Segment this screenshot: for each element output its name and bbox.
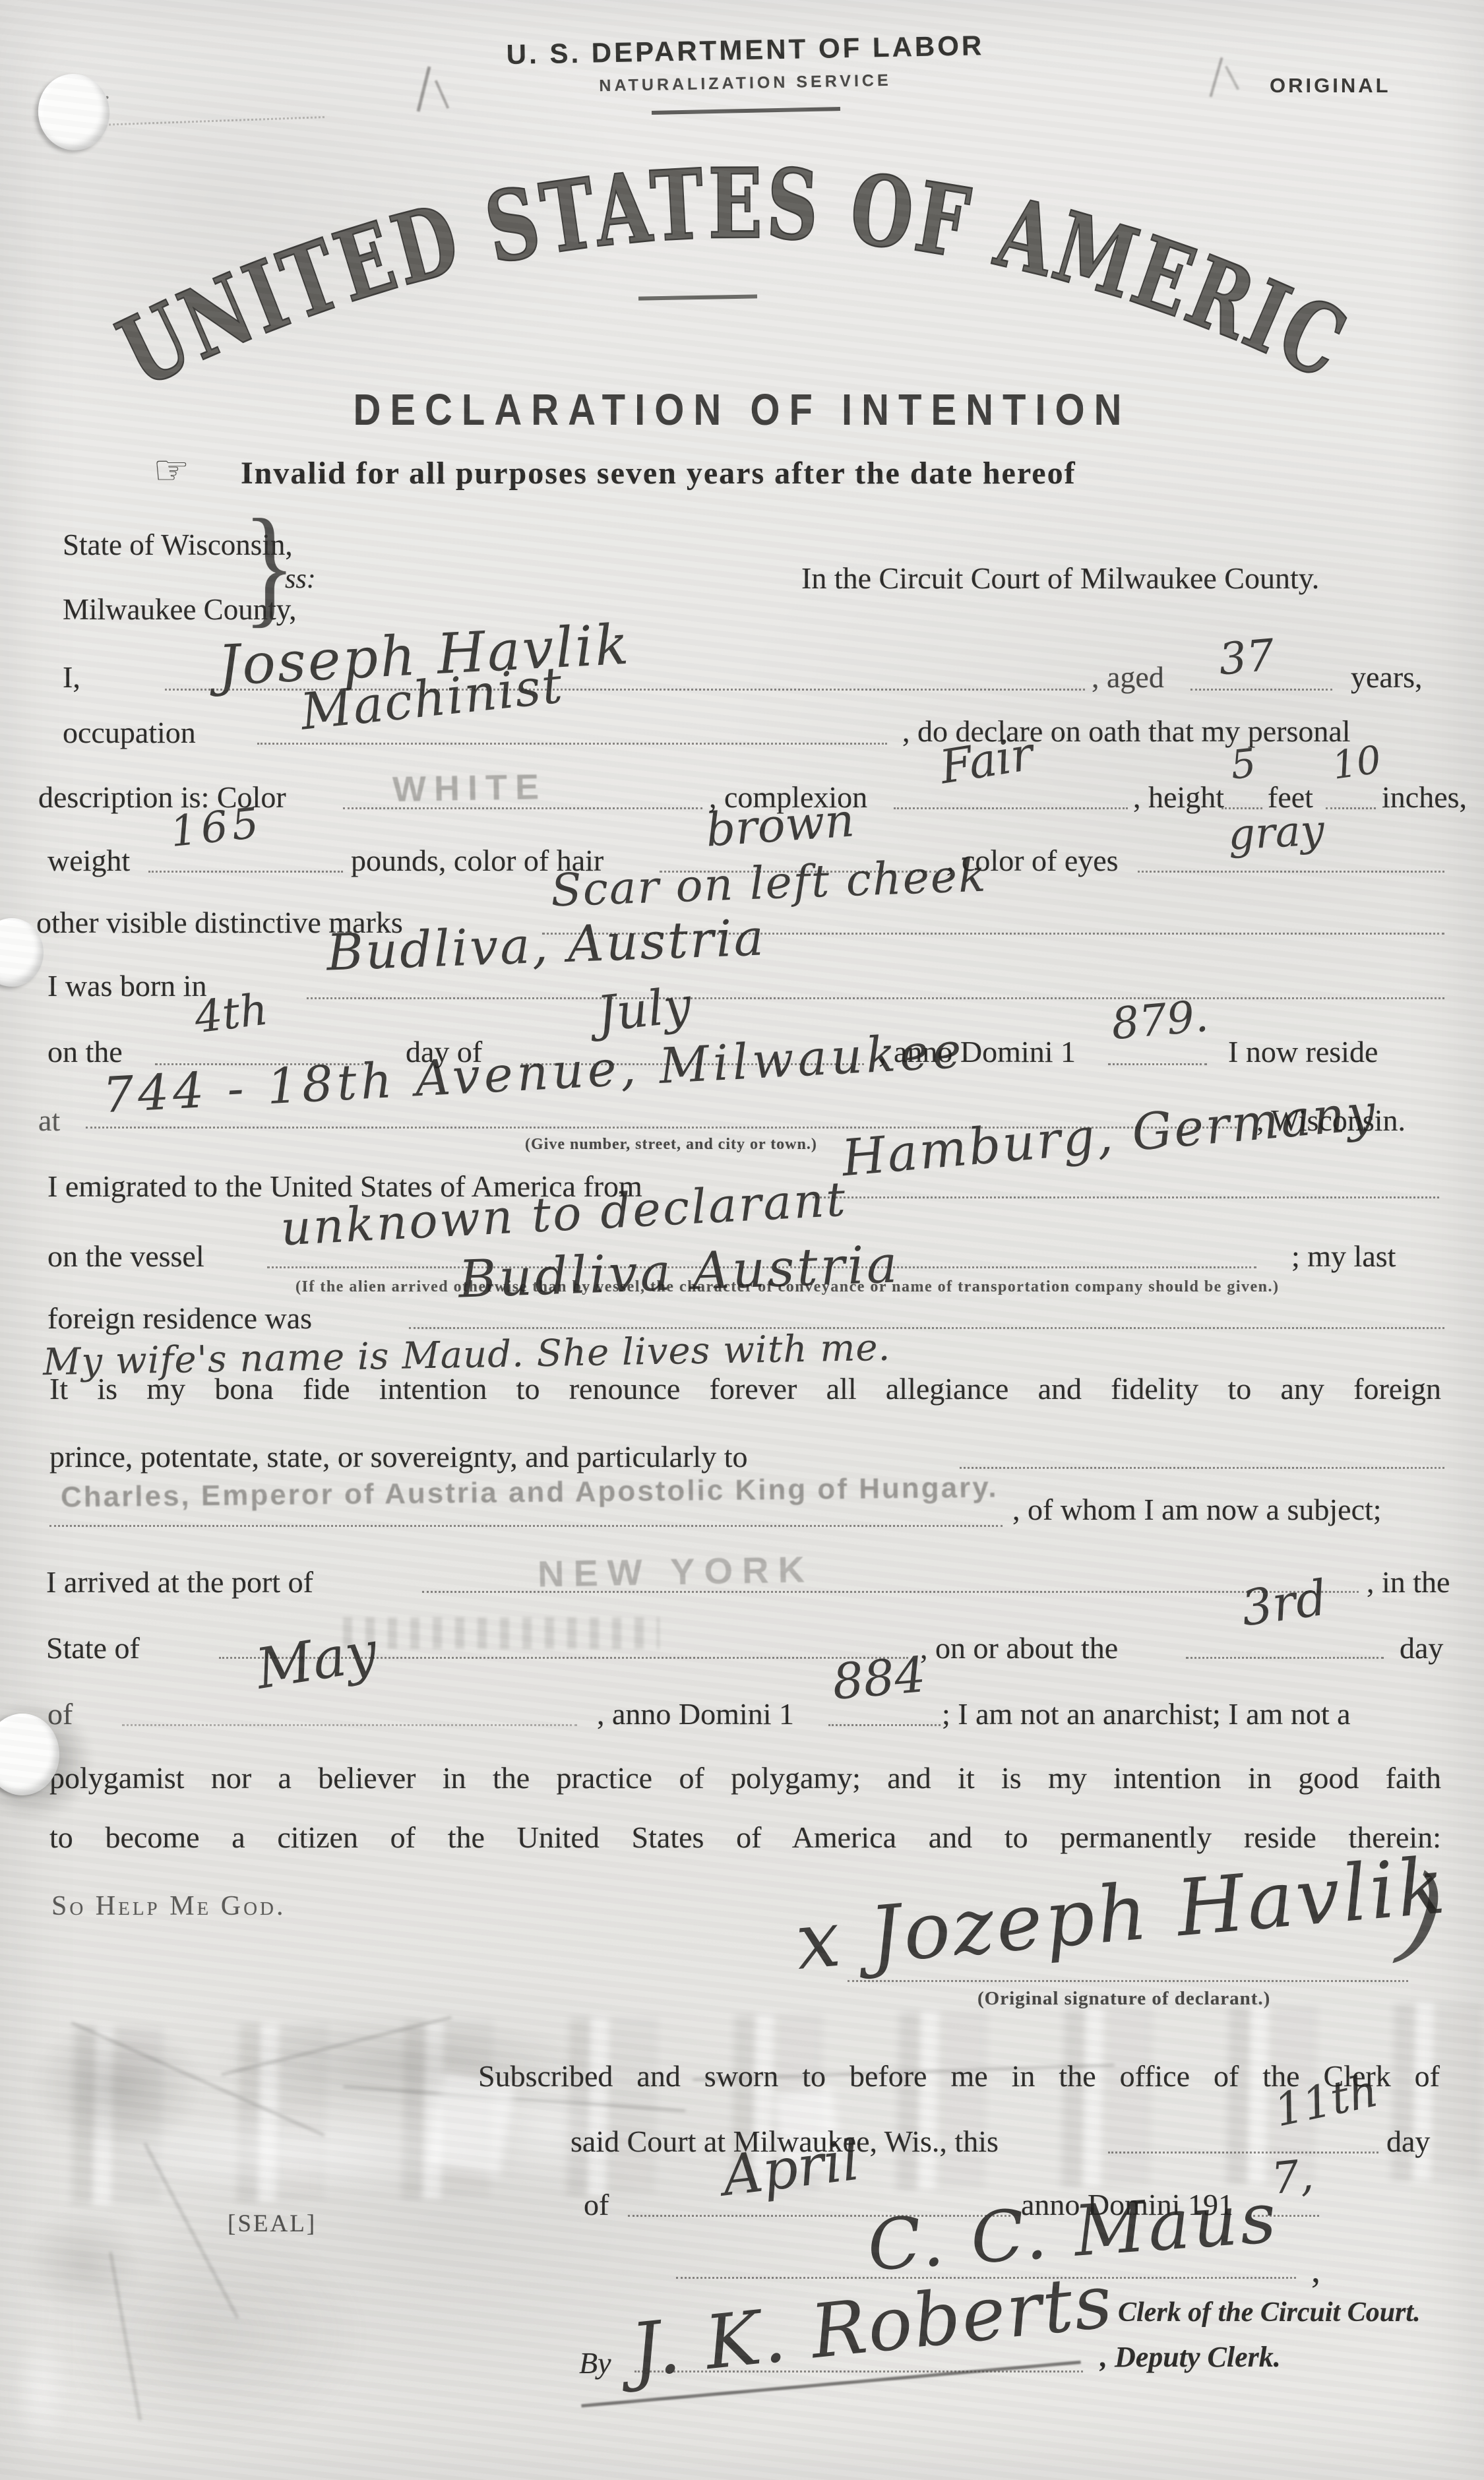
fill-line	[894, 807, 1128, 809]
fill-line	[409, 1327, 1444, 1329]
fill-line	[960, 1467, 1444, 1469]
fill-line	[1108, 2152, 1378, 2154]
field-residence-value: Budliva Austria	[458, 1235, 901, 1309]
label-reside: I now reside	[1228, 1034, 1378, 1069]
sovereign-stamp: Charles, Emperor of Austria and Apostoli…	[61, 1472, 999, 1514]
arc-title-text: UNITED STATES OF AMERICA	[0, 112, 1364, 410]
fill-line	[634, 2371, 1083, 2372]
label-stateof: State of	[46, 1630, 140, 1665]
label-inches: inches,	[1382, 780, 1467, 815]
venue-ss: ss:	[285, 563, 316, 595]
field-height-feet: 5	[1228, 740, 1258, 789]
crease-line	[71, 2022, 325, 2136]
fill-line	[1186, 1657, 1384, 1659]
fill-line	[1326, 807, 1376, 809]
fill-line	[148, 871, 343, 873]
declarant-signature: x Jozeph Havlik	[792, 1840, 1451, 1987]
fill-line	[49, 1525, 1003, 1527]
field-arrival-year: 884	[830, 1646, 928, 1711]
fill-line	[307, 997, 1444, 999]
crease-line	[144, 2143, 239, 2319]
label-onorabout: , on or about the	[920, 1630, 1118, 1665]
field-port-stamp: NEW YORK	[537, 1547, 814, 1595]
field-birth-year: 879.	[1109, 991, 1210, 1050]
scanned-document: U. S. DEPARTMENT OF LABOR NATURALIZATION…	[0, 0, 1484, 2480]
label-subscription-day: day	[1386, 2124, 1430, 2159]
field-emigrated-value: Hamburg, Germany	[840, 1082, 1379, 1188]
field-marks-value: Scar on left cheek	[550, 850, 988, 917]
label-vessel: on the vessel	[47, 1239, 204, 1274]
oath-line-2: prince, potentate, state, or sovereignty…	[49, 1439, 747, 1474]
form-number-line	[100, 116, 325, 126]
header-rule	[652, 107, 840, 115]
label-i: I,	[63, 660, 80, 695]
fill-line	[813, 1196, 1439, 1198]
label-arrived: I arrived at the port of	[46, 1565, 313, 1599]
label-of: of	[47, 1696, 73, 1731]
department-header: U. S. DEPARTMENT OF LABOR	[369, 27, 1122, 73]
crumple-patch	[0, 1999, 646, 2216]
field-weight-value: 165	[168, 799, 265, 857]
label-subject: , of whom I am now a subject;	[1012, 1492, 1382, 1527]
oath-line-4: to become a citizen of the United States…	[49, 1822, 1441, 1853]
label-born: I was born in	[47, 968, 206, 1003]
label-weight: weight	[47, 843, 130, 878]
label-anno-domini-2: , anno Domini 1	[597, 1696, 794, 1731]
fill-line	[1190, 689, 1332, 691]
field-birth-month: July	[594, 977, 694, 1043]
field-color-stamp: WHITE	[392, 766, 547, 810]
svg-text:UNITED STATES OF AMERICA: UNITED STATES OF AMERICA	[0, 112, 1364, 410]
field-eyes-value: gray	[1227, 806, 1326, 860]
service-header: NATURALIZATION SERVICE	[369, 67, 1121, 100]
clerk-signature-comma: ,	[1311, 2249, 1320, 2291]
field-arrival-day: 3rd	[1238, 1569, 1331, 1637]
fill-line	[1108, 1063, 1207, 1065]
manicule-icon: ☞	[153, 446, 190, 494]
label-onthe: on the	[47, 1034, 123, 1069]
label-subscription-of: of	[584, 2187, 609, 2222]
field-age-value: 37	[1217, 629, 1276, 685]
pencil-scribble	[1210, 57, 1223, 98]
document-title: DECLARATION OF INTENTION	[0, 385, 1484, 435]
label-height: , height	[1133, 780, 1224, 815]
validity-note: Invalid for all purposes seven years aft…	[241, 455, 1076, 491]
oath-line-1: It is my bona fide intention to renounce…	[49, 1373, 1441, 1405]
label-residence: foreign residence was	[47, 1301, 312, 1336]
fill-line	[422, 1591, 1359, 1593]
fill-line	[343, 807, 702, 809]
label-years: years,	[1351, 660, 1423, 695]
label-occupation: occupation	[63, 715, 196, 750]
field-height-inches: 10	[1330, 737, 1384, 788]
stamp-smudge	[343, 1617, 660, 1649]
crease-line	[221, 2016, 452, 2076]
label-anarchist: ; I am not an anarchist; I am not a	[942, 1696, 1351, 1731]
signature-caption: (Original signature of declarant.)	[977, 1988, 1270, 2010]
field-arrival-month: May	[251, 1619, 381, 1702]
address-note: (Give number, street, and city or town.)	[525, 1136, 817, 1154]
field-hair-value: brown	[704, 793, 856, 857]
label-at: at	[38, 1103, 60, 1138]
label-day: day	[1400, 1630, 1443, 1665]
crumple-patch	[0, 2190, 409, 2480]
field-birth-day: 4th	[192, 984, 271, 1043]
clerk-title: Clerk of the Circuit Court.	[1118, 2297, 1421, 2328]
seal-mark: [SEAL]	[228, 2210, 317, 2238]
original-mark: ORIGINAL	[1270, 74, 1391, 98]
label-aged: , aged	[1092, 660, 1164, 695]
fill-line	[122, 1724, 577, 1726]
crease-line	[109, 2252, 141, 2421]
court-name: In the Circuit Court of Milwaukee County…	[801, 561, 1319, 596]
fill-line	[828, 1724, 941, 1726]
deputy-title: , Deputy Clerk.	[1100, 2340, 1281, 2374]
fill-line	[1138, 871, 1444, 873]
so-help-me-god: So Help Me God.	[51, 1890, 286, 1922]
pencil-scribble	[1225, 65, 1239, 90]
fill-line	[257, 743, 887, 745]
label-by: By	[579, 2345, 611, 2380]
arc-title-stamp: UNITED STATES OF AMERICA	[0, 112, 1484, 561]
oath-line-3: polygamist nor a believer in the practic…	[49, 1762, 1441, 1794]
label-mylast: ; my last	[1291, 1239, 1396, 1274]
arc-center-rule	[638, 294, 757, 300]
fill-line	[848, 1980, 1408, 1982]
label-inthe: , in the	[1367, 1565, 1450, 1599]
